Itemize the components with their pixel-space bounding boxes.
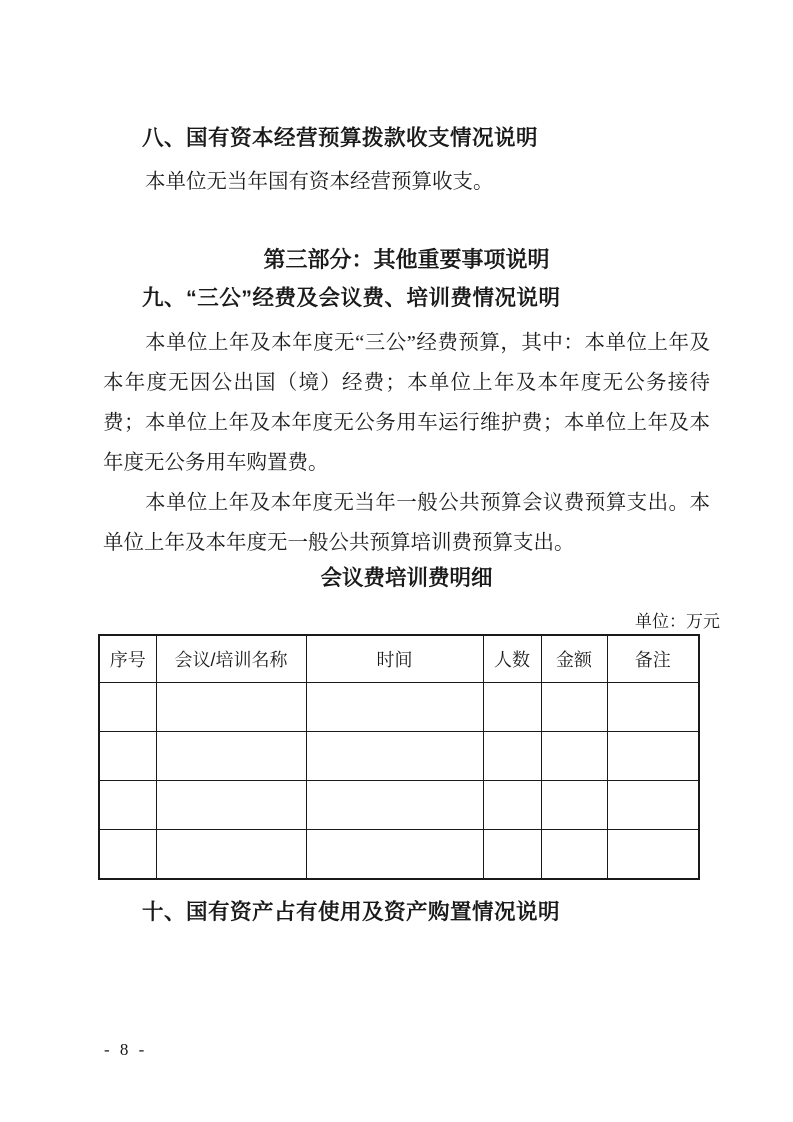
table-cell <box>483 732 541 781</box>
table-cell <box>306 683 483 732</box>
table-cell <box>306 781 483 830</box>
page-number: - 8 - <box>104 1038 147 1062</box>
column-header: 序号 <box>99 635 156 683</box>
section-9-paragraph-2: 本单位上年及本年度无当年一般公共预算会议费预算支出。本单位上年及本年度无一般公共… <box>103 483 710 563</box>
table-row <box>99 781 699 830</box>
document-content: 八、国有资本经营预算拨款收支情况说明 本单位无当年国有资本经营预算收支。 第三部… <box>0 0 793 930</box>
meeting-training-table-title: 会议费培训费明细 <box>103 563 710 593</box>
part-3-title: 第三部分：其他重要事项说明 <box>103 240 710 280</box>
table-cell <box>99 781 156 830</box>
table-cell <box>156 683 306 732</box>
table-cell <box>483 683 541 732</box>
section-9-paragraph-1: 本单位上年及本年度无“三公”经费预算，其中：本单位上年及本年度无因公出国（境）经… <box>103 323 710 483</box>
section-9-heading: 九、“三公”经费及会议费、培训费情况说明 <box>103 280 710 316</box>
table-header-row: 序号会议/培训名称时间人数金额备注 <box>99 635 699 683</box>
section-8-heading: 八、国有资本经营预算拨款收支情况说明 <box>103 120 710 156</box>
table-cell <box>483 781 541 830</box>
table-cell <box>541 683 607 732</box>
table-cell <box>156 781 306 830</box>
table-cell <box>607 830 699 880</box>
document-page: 八、国有资本经营预算拨款收支情况说明 本单位无当年国有资本经营预算收支。 第三部… <box>0 0 793 1122</box>
table-cell <box>541 781 607 830</box>
column-header: 人数 <box>483 635 541 683</box>
table-row <box>99 732 699 781</box>
table-cell <box>483 830 541 880</box>
table-cell <box>99 830 156 880</box>
table-cell <box>541 830 607 880</box>
column-header: 备注 <box>607 635 699 683</box>
column-header: 金额 <box>541 635 607 683</box>
table-cell <box>156 732 306 781</box>
table-cell <box>306 830 483 880</box>
table-cell <box>607 732 699 781</box>
table-cell <box>607 781 699 830</box>
table-row <box>99 830 699 880</box>
table-cell <box>99 683 156 732</box>
section-8-body: 本单位无当年国有资本经营预算收支。 <box>103 162 710 202</box>
meeting-training-table: 序号会议/培训名称时间人数金额备注 <box>98 634 700 880</box>
table-cell <box>156 830 306 880</box>
table-cell <box>306 732 483 781</box>
unit-label: 单位：万元 <box>103 611 720 633</box>
table-row <box>99 683 699 732</box>
table-cell <box>99 732 156 781</box>
table-cell <box>541 732 607 781</box>
column-header: 会议/培训名称 <box>156 635 306 683</box>
column-header: 时间 <box>306 635 483 683</box>
table-cell <box>607 683 699 732</box>
section-10-heading: 十、国有资产占有使用及资产购置情况说明 <box>103 894 710 930</box>
